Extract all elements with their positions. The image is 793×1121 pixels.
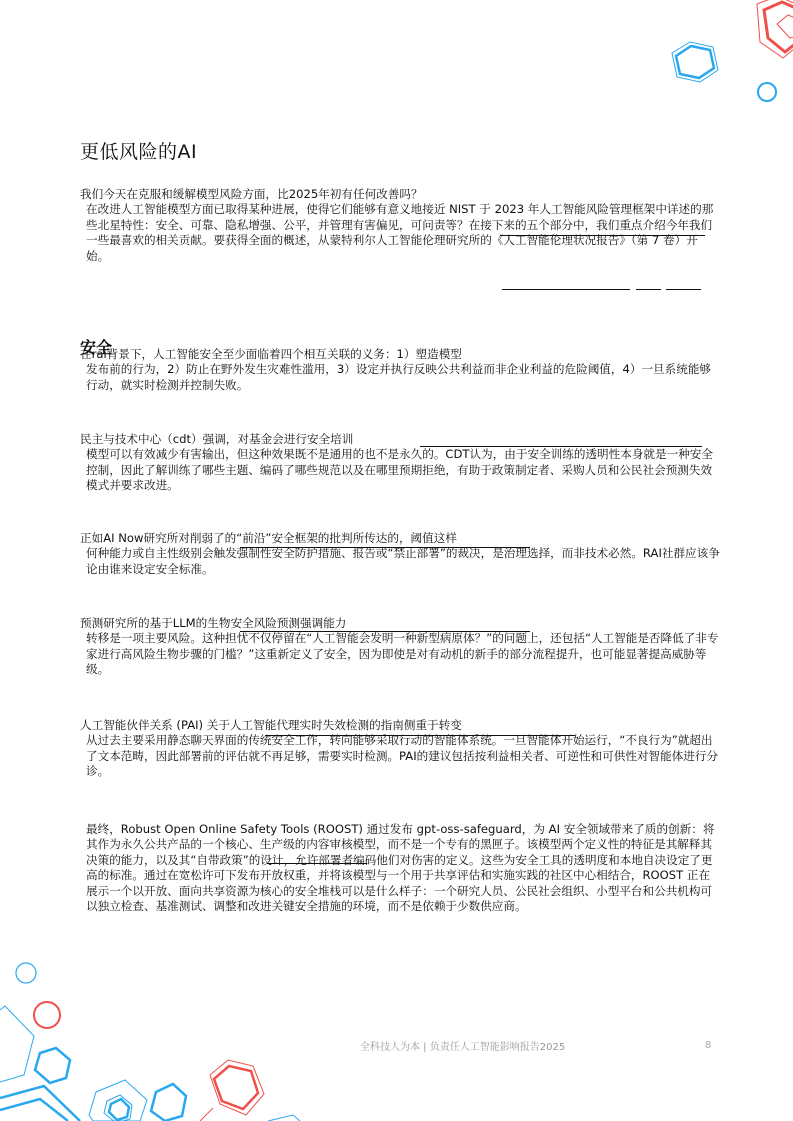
rule-line-2 [636,289,661,290]
paragraph-roost: 最终，Robust Open Online Safety Tools (ROOS… [80,822,720,914]
strikethrough-line-2 [267,863,367,864]
page-number: 8 [705,1040,711,1051]
paragraph-body: 何种能力或自主性级别会触发强制性安全防护措施、报告或“禁止部署”的裁决，是治理选… [80,546,720,577]
paragraph-lead: 我们今天在克服和缓解模型风险方面，比2025年初有任何改善吗？ [80,187,720,202]
paragraph-lead: 预测研究所的基于LLM的生物安全风险预测强调能力 [80,616,720,631]
strikethrough-line [500,235,705,236]
paragraph-body: 从过去主要采用静态聊天界面的传统安全工作，转向能够采取行动的智能体系统。一旦智能… [80,733,720,779]
paragraph-body: 转移是一项主要风险。这种担忧不仅停留在“人工智能会发明一种新型病原体？”的问题上… [80,631,720,677]
hexagon-cluster-bottom-left-icon [0,963,300,1121]
overline-4 [265,735,575,736]
overline-1 [420,446,702,447]
paragraph-pai: 人工智能伙伴关系 (PAI) 关于人工智能代理实时失效检测的指南侧重于转变 从过… [80,718,720,780]
paragraph-lead: 在rai背景下，人工智能安全至少面临着四个相互关联的义务：1）塑造模型 [80,347,720,362]
hexagon-cluster-top-right-icon [672,0,793,101]
paragraph-lead: 人工智能伙伴关系 (PAI) 关于人工智能代理实时失效检测的指南侧重于转变 [80,718,720,733]
paragraph-safety-obligations: 在rai背景下，人工智能安全至少面临着四个相互关联的义务：1）塑造模型 发布前的… [80,347,720,393]
paragraph-body: 在改进人工智能模型方面已取得某种进展，使得它们能够有意义地接近 NIST 于 2… [80,202,720,264]
overline-2 [240,547,530,548]
paragraph-body: 模型可以有效减少有害输出，但这种效果既不是通用的也不是永久的。CDT认为，由于安… [80,447,720,493]
paragraph-body: 发布前的行为，2）防止在野外发生灾难性滥用，3）设定并执行反映公共利益而非企业利… [80,362,720,393]
paragraph-ai-now: 正如AI Now研究所对削弱了的“前沿”安全框架的批判所传达的，阈值这样 何种能… [80,531,720,577]
rule-line-1 [502,289,630,290]
paragraph-lead: 正如AI Now研究所对削弱了的“前沿”安全框架的批判所传达的，阈值这样 [80,531,720,546]
paragraph-biosecurity: 预测研究所的基于LLM的生物安全风险预测强调能力 转移是一项主要风险。这种担忧不… [80,616,720,678]
overline-3 [240,631,530,632]
footer-text: 全科技人为本 | 负责任人工智能影响报告2025 [360,1038,565,1053]
paragraph-cdt: 民主与技术中心（cdt）强调，对基金会进行安全培训 模型可以有效减少有害输出，但… [80,432,720,494]
page-title: 更低风险的AI [80,137,197,164]
paragraph-body: 最终，Robust Open Online Safety Tools (ROOS… [80,822,720,914]
paragraph-risk-progress: 我们今天在克服和缓解模型风险方面，比2025年初有任何改善吗？ 在改进人工智能模… [80,187,720,264]
rule-line-3 [666,289,701,290]
